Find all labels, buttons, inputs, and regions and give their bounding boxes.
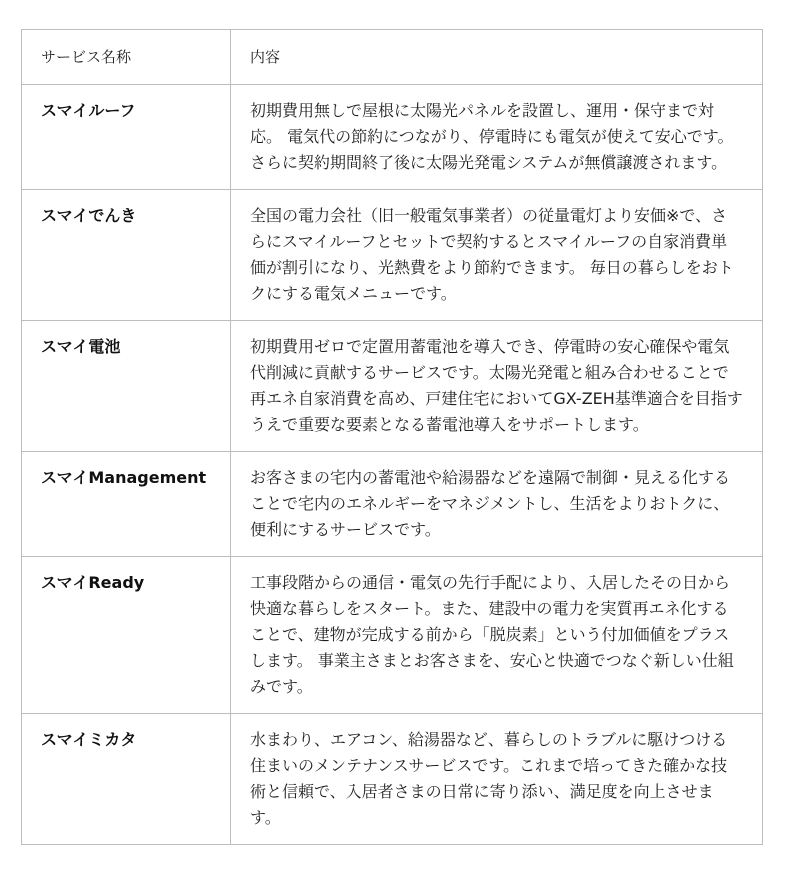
service-name: スマイ電池 xyxy=(22,321,231,452)
service-description: 初期費用無しで屋根に太陽光パネルを設置し、運用・保守まで対応。 電気代の節約につ… xyxy=(231,85,763,190)
service-name: スマイミカタ xyxy=(22,714,231,845)
service-description: 初期費用ゼロで定置用蓄電池を導入でき、停電時の安心確保や電気代削減に貢献するサー… xyxy=(231,321,763,452)
service-description: 工事段階からの通信・電気の先行手配により、入居したその日から快適な暮らしをスター… xyxy=(231,557,763,714)
table-row: スマイReady 工事段階からの通信・電気の先行手配により、入居したその日から快… xyxy=(22,557,763,714)
table-body: スマイルーフ 初期費用無しで屋根に太陽光パネルを設置し、運用・保守まで対応。 電… xyxy=(22,85,763,845)
column-header-content: 内容 xyxy=(231,30,763,85)
table-header: サービス名称 内容 xyxy=(22,30,763,85)
table-row: スマイルーフ 初期費用無しで屋根に太陽光パネルを設置し、運用・保守まで対応。 電… xyxy=(22,85,763,190)
table-row: スマイでんき 全国の電力会社（旧一般電気事業者）の従量電灯より安価※で、さらにス… xyxy=(22,190,763,321)
column-header-service-name: サービス名称 xyxy=(22,30,231,85)
table-row: スマイミカタ 水まわり、エアコン、給湯器など、暮らしのトラブルに駆けつける住まい… xyxy=(22,714,763,845)
table-row: スマイ電池 初期費用ゼロで定置用蓄電池を導入でき、停電時の安心確保や電気代削減に… xyxy=(22,321,763,452)
services-table: サービス名称 内容 スマイルーフ 初期費用無しで屋根に太陽光パネルを設置し、運用… xyxy=(21,29,763,845)
service-name: スマイManagement xyxy=(22,452,231,557)
table-row: スマイManagement お客さまの宅内の蓄電池や給湯器などを遠隔で制御・見え… xyxy=(22,452,763,557)
service-description: お客さまの宅内の蓄電池や給湯器などを遠隔で制御・見える化することで宅内のエネルギ… xyxy=(231,452,763,557)
service-description: 全国の電力会社（旧一般電気事業者）の従量電灯より安価※で、さらにスマイルーフとセ… xyxy=(231,190,763,321)
service-description: 水まわり、エアコン、給湯器など、暮らしのトラブルに駆けつける住まいのメンテナンス… xyxy=(231,714,763,845)
service-name: スマイルーフ xyxy=(22,85,231,190)
service-name: スマイReady xyxy=(22,557,231,714)
service-name: スマイでんき xyxy=(22,190,231,321)
table-header-row: サービス名称 内容 xyxy=(22,30,763,85)
